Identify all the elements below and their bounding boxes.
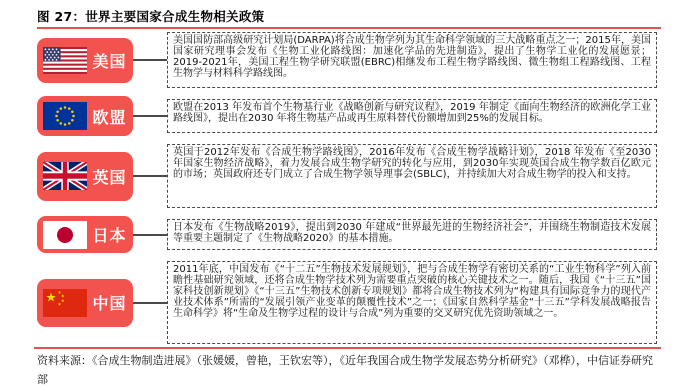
connector-line [133,59,167,61]
policy-rows: 美国 美国国防部高级研究计划局(DARPA)将合成生物学列为其生命科学领域的三大… [37,32,657,352]
policy-box-uk: 英国于2012年发布《合成生物学路线图》，2016年发布《合成生物学战略计划》，… [167,144,657,208]
connector-line [133,234,167,236]
figure-page: 图 27：世界主要国家合成生物相关政策 [0,0,690,390]
policy-box-china: 2011年底，中国发布《“十二五”生物技术发展规划》，把与合成生物学有密切关系的… [167,261,657,344]
source-rule [34,347,661,349]
policy-text: 日本发布《生物战略2019》，提出到2030 年建成“世界最先进的生物经济社会”… [173,222,651,244]
japan-flag-icon [43,221,87,249]
policy-text: 英国于2012年发布《合成生物学路线图》，2016年发布《合成生物学战略计划》，… [173,147,651,180]
country-row-uk: 英国 英国于2012年发布《合成生物学路线图》，2016年发布《合成生物学战略计… [37,144,657,208]
country-label-eu: 欧盟 [37,96,133,136]
country-row-usa: 美国 美国国防部高级研究计划局(DARPA)将合成生物学列为其生命科学领域的三大… [37,32,657,88]
policy-text: 美国国防部高级研究计划局(DARPA)将合成生物学列为其生命科学领域的三大战略重… [173,35,651,79]
country-name: 日本 [92,223,126,246]
country-label-china: 中国 [37,279,133,327]
connector-line [133,115,167,117]
uk-flag-icon [43,162,87,190]
policy-text: 欧盟在2013 年发布首个生物基行业《战略创新与研究议程》，2019 年制定《面… [173,102,651,124]
policy-box-usa: 美国国防部高级研究计划局(DARPA)将合成生物学列为其生命科学领域的三大战略重… [167,32,657,88]
country-row-china: 中国 2011年底，中国发布《“十二五”生物技术发展规划》，把与合成生物学有密切… [37,261,657,344]
china-flag-icon [43,289,87,317]
country-name: 欧盟 [92,105,126,128]
country-name: 英国 [92,165,126,188]
country-label-japan: 日本 [37,216,133,253]
connector-line [133,302,167,304]
country-name: 美国 [92,49,126,72]
title-rule [37,27,661,29]
eu-flag-icon [43,102,87,130]
us-flag-icon [43,47,87,74]
country-label-uk: 英国 [37,152,133,201]
country-label-usa: 美国 [37,38,133,83]
policy-text: 2011年底，中国发布《“十二五”生物技术发展规划》，把与合成生物学有密切关系的… [173,264,651,319]
country-name: 中国 [92,291,126,314]
policy-box-japan: 日本发布《生物战略2019》，提出到2030 年建成“世界最先进的生物经济社会”… [167,219,657,250]
country-row-eu: 欧盟 欧盟在2013 年发布首个生物基行业《战略创新与研究议程》，2019 年制… [37,96,657,136]
policy-box-eu: 欧盟在2013 年发布首个生物基行业《战略创新与研究议程》，2019 年制定《面… [167,99,657,133]
connector-line [133,175,167,177]
country-row-japan: 日本 日本发布《生物战略2019》，提出到2030 年建成“世界最先进的生物经济… [37,216,657,253]
figure-title: 图 27：世界主要国家合成生物相关政策 [37,7,264,25]
source-note: 资料来源：《合成生物制造进展》（张媛媛，曾艳，王钦宏等），《近年我国合成生物学发… [37,352,659,390]
